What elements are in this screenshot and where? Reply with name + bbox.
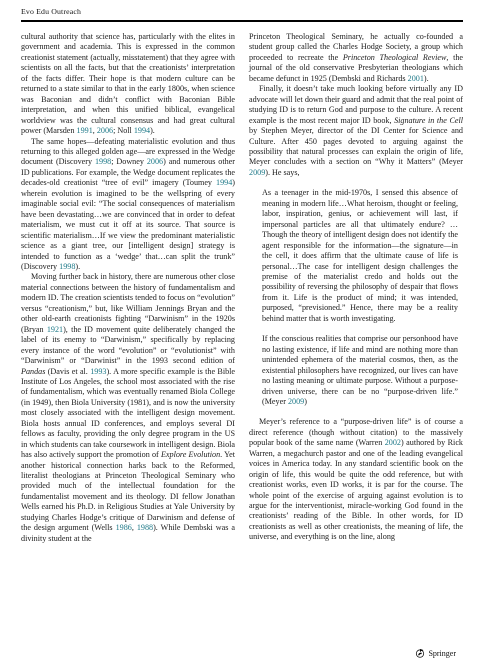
citation-year-link[interactable]: 1998 xyxy=(95,157,111,166)
citation-year-link[interactable]: 2001 xyxy=(408,74,424,83)
body-paragraph: The same hopes—defeating materialistic e… xyxy=(21,137,235,273)
block-quote-paragraph: As a teenager in the mid-1970s, I sensed… xyxy=(262,188,463,324)
body-paragraph: Finally, it doesn’t take much looking be… xyxy=(249,84,463,178)
text-run: ) authored by Rick Warren, a megachurch … xyxy=(249,438,463,541)
citation-year-link[interactable]: 2009 xyxy=(288,397,304,406)
citation-year-link[interactable]: 1998 xyxy=(59,262,75,271)
publisher-footer: Springer xyxy=(415,648,456,658)
citation-year-link[interactable]: 1991 xyxy=(77,126,93,135)
text-run: (Davis et al. xyxy=(45,367,90,376)
italic-work-title: Pandas xyxy=(21,367,45,376)
text-run: ; Noll xyxy=(113,126,134,135)
text-run: by Stephen Meyer, director of the DI Cen… xyxy=(249,126,463,166)
citation-year-link[interactable]: 1994 xyxy=(216,178,232,187)
text-run: . Yet another historical connection hark… xyxy=(21,450,235,532)
text-run: ) wherein evolution is imagined to be th… xyxy=(21,178,235,271)
header-rule xyxy=(21,20,463,22)
body-paragraph: Meyer’s reference to a “purpose-driven l… xyxy=(249,417,463,542)
citation-year-link[interactable]: 2006 xyxy=(147,157,163,166)
right-text-column: Princeton Theological Seminary, he actua… xyxy=(249,32,463,544)
block-quote-paragraph: If the conscious realities that comprise… xyxy=(262,334,463,407)
journal-article-page: Evo Edu Outreach cultural authority that… xyxy=(0,0,484,670)
publisher-name: Springer xyxy=(428,649,456,658)
body-paragraph: cultural authority that science has, par… xyxy=(21,32,235,137)
italic-work-title: Princeton Theological Review xyxy=(343,53,447,62)
citation-year-link[interactable]: 1994 xyxy=(134,126,150,135)
left-text-column: cultural authority that science has, par… xyxy=(21,32,235,544)
citation-year-link[interactable]: 2009 xyxy=(249,168,265,177)
citation-year-link[interactable]: 1986 xyxy=(116,523,132,532)
citation-year-link[interactable]: 1988 xyxy=(137,523,153,532)
text-run: If the conscious realities that comprise… xyxy=(262,334,458,406)
article-body: cultural authority that science has, par… xyxy=(21,32,463,544)
text-run: ). xyxy=(150,126,155,135)
text-run: ; Downey xyxy=(111,157,147,166)
text-run: As a teenager in the mid-1970s, I sensed… xyxy=(262,188,458,322)
italic-work-title: Explore Evolution xyxy=(161,450,220,459)
journal-title: Evo Edu Outreach xyxy=(21,7,81,16)
text-run: ) xyxy=(304,397,307,406)
citation-year-link[interactable]: 1993 xyxy=(90,367,106,376)
text-run: ). A more specific example is the Bible … xyxy=(21,367,235,460)
body-paragraph: Princeton Theological Seminary, he actua… xyxy=(249,32,463,84)
text-run: ). xyxy=(424,74,429,83)
citation-year-link[interactable]: 2002 xyxy=(385,438,401,447)
springer-horse-icon xyxy=(415,648,425,658)
body-paragraph: Moving further back in history, there ar… xyxy=(21,272,235,544)
text-run: ). xyxy=(75,262,80,271)
text-run: cultural authority that science has, par… xyxy=(21,32,235,135)
running-header: Evo Edu Outreach xyxy=(21,7,81,16)
citation-year-link[interactable]: 1921 xyxy=(47,325,63,334)
text-run: ). He says, xyxy=(265,168,299,177)
italic-work-title: Signature in the Cell xyxy=(394,116,463,125)
citation-year-link[interactable]: 2006 xyxy=(97,126,113,135)
